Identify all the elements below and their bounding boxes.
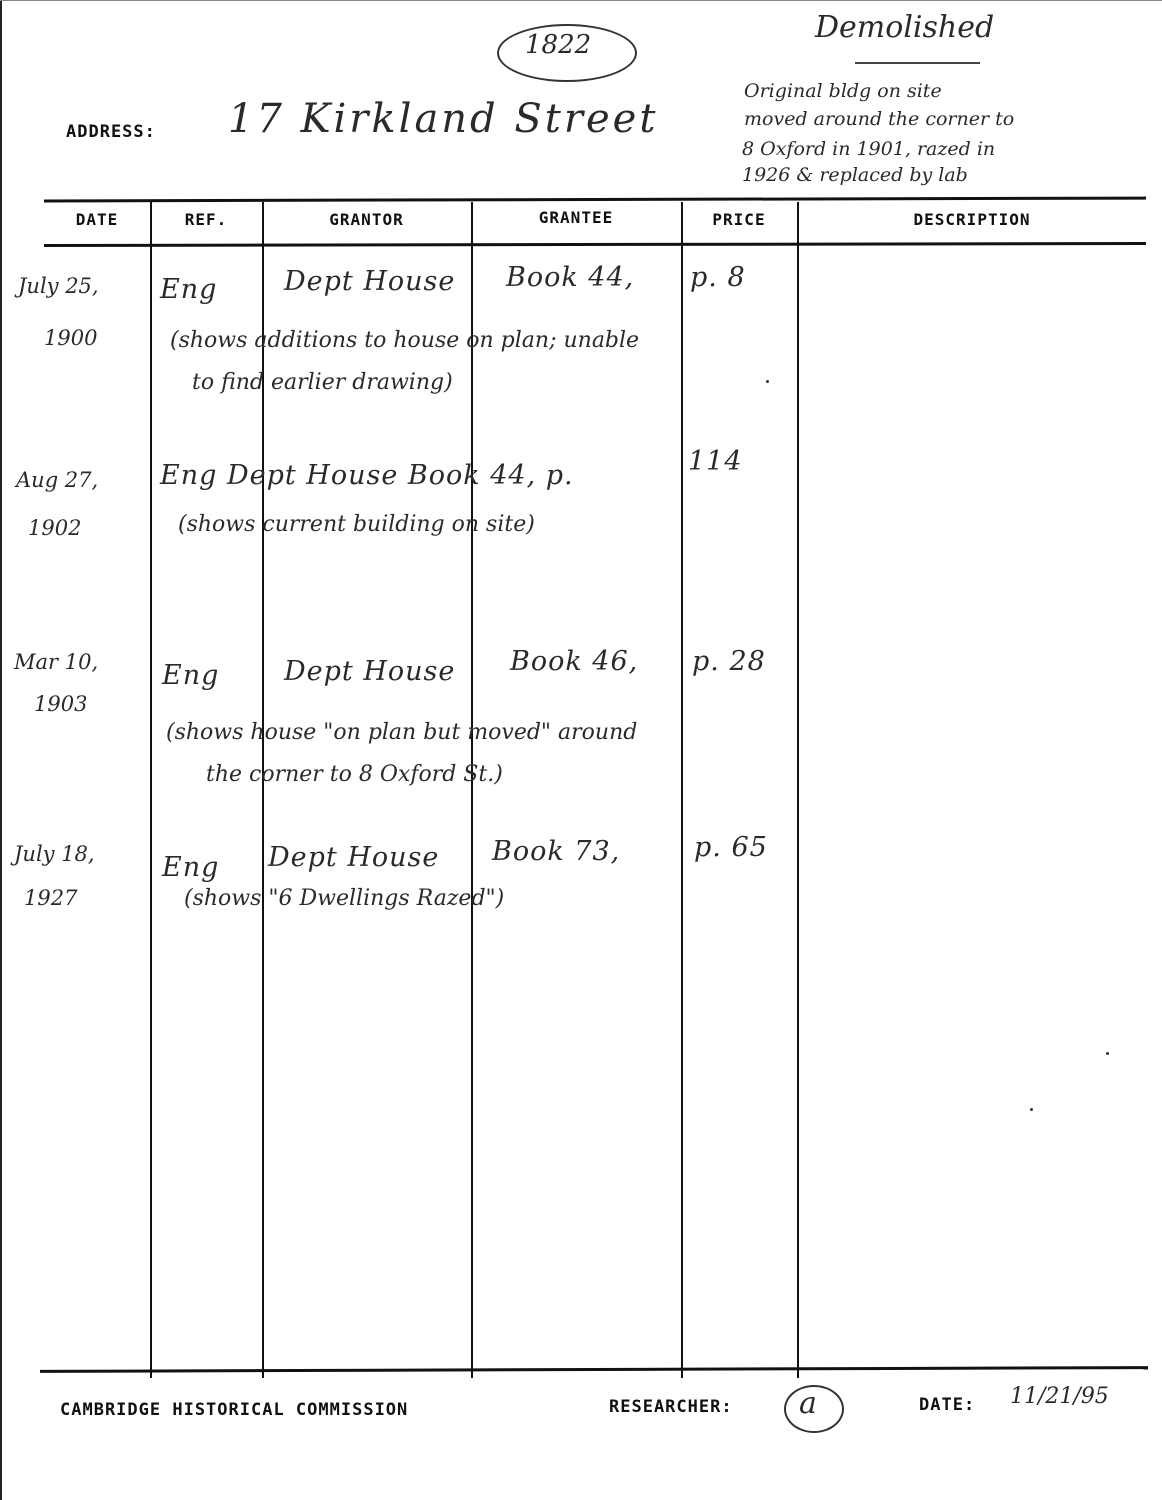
- entry-grantee: Book 44,: [506, 262, 634, 293]
- date-value: 11/21/95: [1010, 1384, 1109, 1409]
- researcher-initials: a: [799, 1386, 817, 1421]
- history-note-line: Original bldg on site: [744, 80, 942, 102]
- table-header-rule: [44, 242, 1146, 247]
- entry-note: (shows house "on plan but moved" around: [166, 720, 637, 745]
- entry-grantor: Dept House: [284, 656, 455, 687]
- address-label: ADDRESS:: [66, 122, 156, 142]
- table-top-rule: [44, 197, 1146, 203]
- column-header-description: DESCRIPTION: [797, 210, 1147, 229]
- entry-note: (shows "6 Dwellings Razed"): [184, 886, 504, 911]
- entry-price: p. 28: [692, 646, 766, 677]
- table-bottom-rule: [40, 1366, 1148, 1373]
- organization-name: CAMBRIDGE HISTORICAL COMMISSION: [60, 1400, 408, 1420]
- column-divider: [681, 202, 683, 1378]
- entry-price: 114: [688, 446, 743, 477]
- entry-price: p. 8: [690, 262, 746, 293]
- entry-ref: Eng: [160, 274, 217, 305]
- page-edge: [0, 0, 2, 1500]
- entry-date: July 18,: [14, 842, 95, 866]
- speck: [1106, 1052, 1109, 1055]
- entry-date: Aug 27,: [16, 468, 98, 492]
- entry-note: to find earlier drawing): [192, 370, 453, 395]
- date-label: DATE:: [919, 1395, 975, 1415]
- column-divider: [797, 202, 799, 1378]
- entry-grantor: Dept House: [284, 266, 455, 297]
- entry-grantee: Book 46,: [510, 646, 638, 677]
- status-note: Demolished: [815, 10, 994, 45]
- entry-year: 1902: [28, 516, 81, 540]
- entry-ref: Eng: [162, 852, 219, 883]
- speck: [766, 380, 769, 383]
- entry-grantor: Dept House: [268, 842, 439, 873]
- researcher-label: RESEARCHER:: [609, 1397, 733, 1417]
- entry-year: 1900: [44, 326, 97, 350]
- entry-note: (shows current building on site): [178, 512, 535, 537]
- column-header-grantor: GRANTOR: [262, 210, 471, 229]
- year-built: 1822: [525, 30, 591, 60]
- speck: [1030, 1108, 1033, 1111]
- entry-year: 1927: [24, 886, 77, 910]
- entry-date: July 25,: [18, 274, 99, 298]
- entry-grantee: Book 73,: [492, 836, 620, 867]
- column-header-date: DATE: [44, 210, 150, 229]
- entry-ref: Eng: [162, 660, 219, 691]
- address-value: 17 Kirkland Street: [228, 96, 658, 142]
- column-divider: [150, 202, 152, 1378]
- history-note-line: 8 Oxford in 1901, razed in: [742, 138, 995, 160]
- entry-main-text: Eng Dept House Book 44, p.: [160, 460, 574, 491]
- entry-price: p. 65: [694, 832, 768, 863]
- history-note-line: moved around the corner to: [744, 108, 1014, 130]
- status-underline: [855, 62, 980, 64]
- column-divider: [471, 202, 473, 1378]
- entry-date: Mar 10,: [14, 650, 98, 674]
- column-header-ref: REF.: [150, 210, 262, 229]
- column-header-price: PRICE: [681, 210, 797, 229]
- entry-note: (shows additions to house on plan; unabl…: [170, 328, 639, 353]
- entry-note: the corner to 8 Oxford St.): [206, 762, 503, 787]
- history-note-line: 1926 & replaced by lab: [742, 164, 968, 186]
- column-header-grantee: GRANTEE: [471, 208, 681, 227]
- entry-year: 1903: [34, 692, 87, 716]
- page-edge-top: [0, 0, 1162, 1]
